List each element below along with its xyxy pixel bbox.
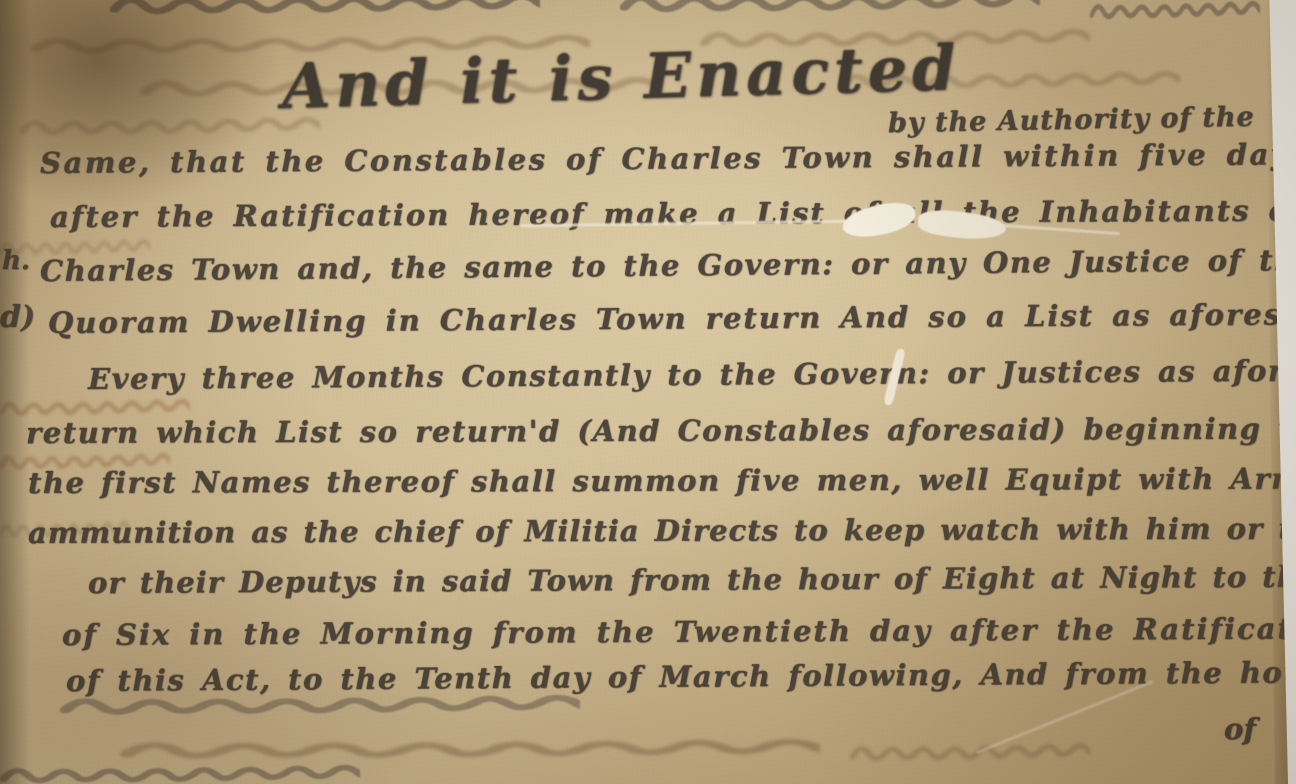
body-line: of this Act, to the Tenth day of March f… <box>66 655 1296 698</box>
catchword: of <box>1224 712 1256 746</box>
margin-fragment: d) <box>0 300 35 335</box>
manuscript-text: And it is Enacted by the Authority of th… <box>0 0 1296 784</box>
body-line: Same, that the Constables of Charles Tow… <box>40 137 1296 180</box>
manuscript-photo: And it is Enacted by the Authority of th… <box>0 0 1296 784</box>
body-line: ammunition as the chief of Militia Direc… <box>28 511 1296 550</box>
body-line: or their Deputys in said Town from the h… <box>88 559 1296 600</box>
enacting-clause-heading: And it is Enacted <box>281 31 961 123</box>
heading-continuation: by the Authority of the <box>888 102 1255 139</box>
body-line: Every three Months Constantly to the Gov… <box>88 353 1296 396</box>
body-line: return which List so return'd (And Const… <box>26 411 1296 450</box>
body-line: Quoram Dwelling in Charles Town return A… <box>48 297 1296 340</box>
body-line: Charles Town and, the same to the Govern… <box>40 242 1296 288</box>
body-line: after the Ratification hereof make a Lis… <box>50 193 1296 234</box>
margin-fragment: h. <box>2 246 30 276</box>
body-line: the first Names thereof shall summon fiv… <box>28 461 1296 500</box>
body-line: of Six in the Morning from the Twentieth… <box>62 611 1296 652</box>
